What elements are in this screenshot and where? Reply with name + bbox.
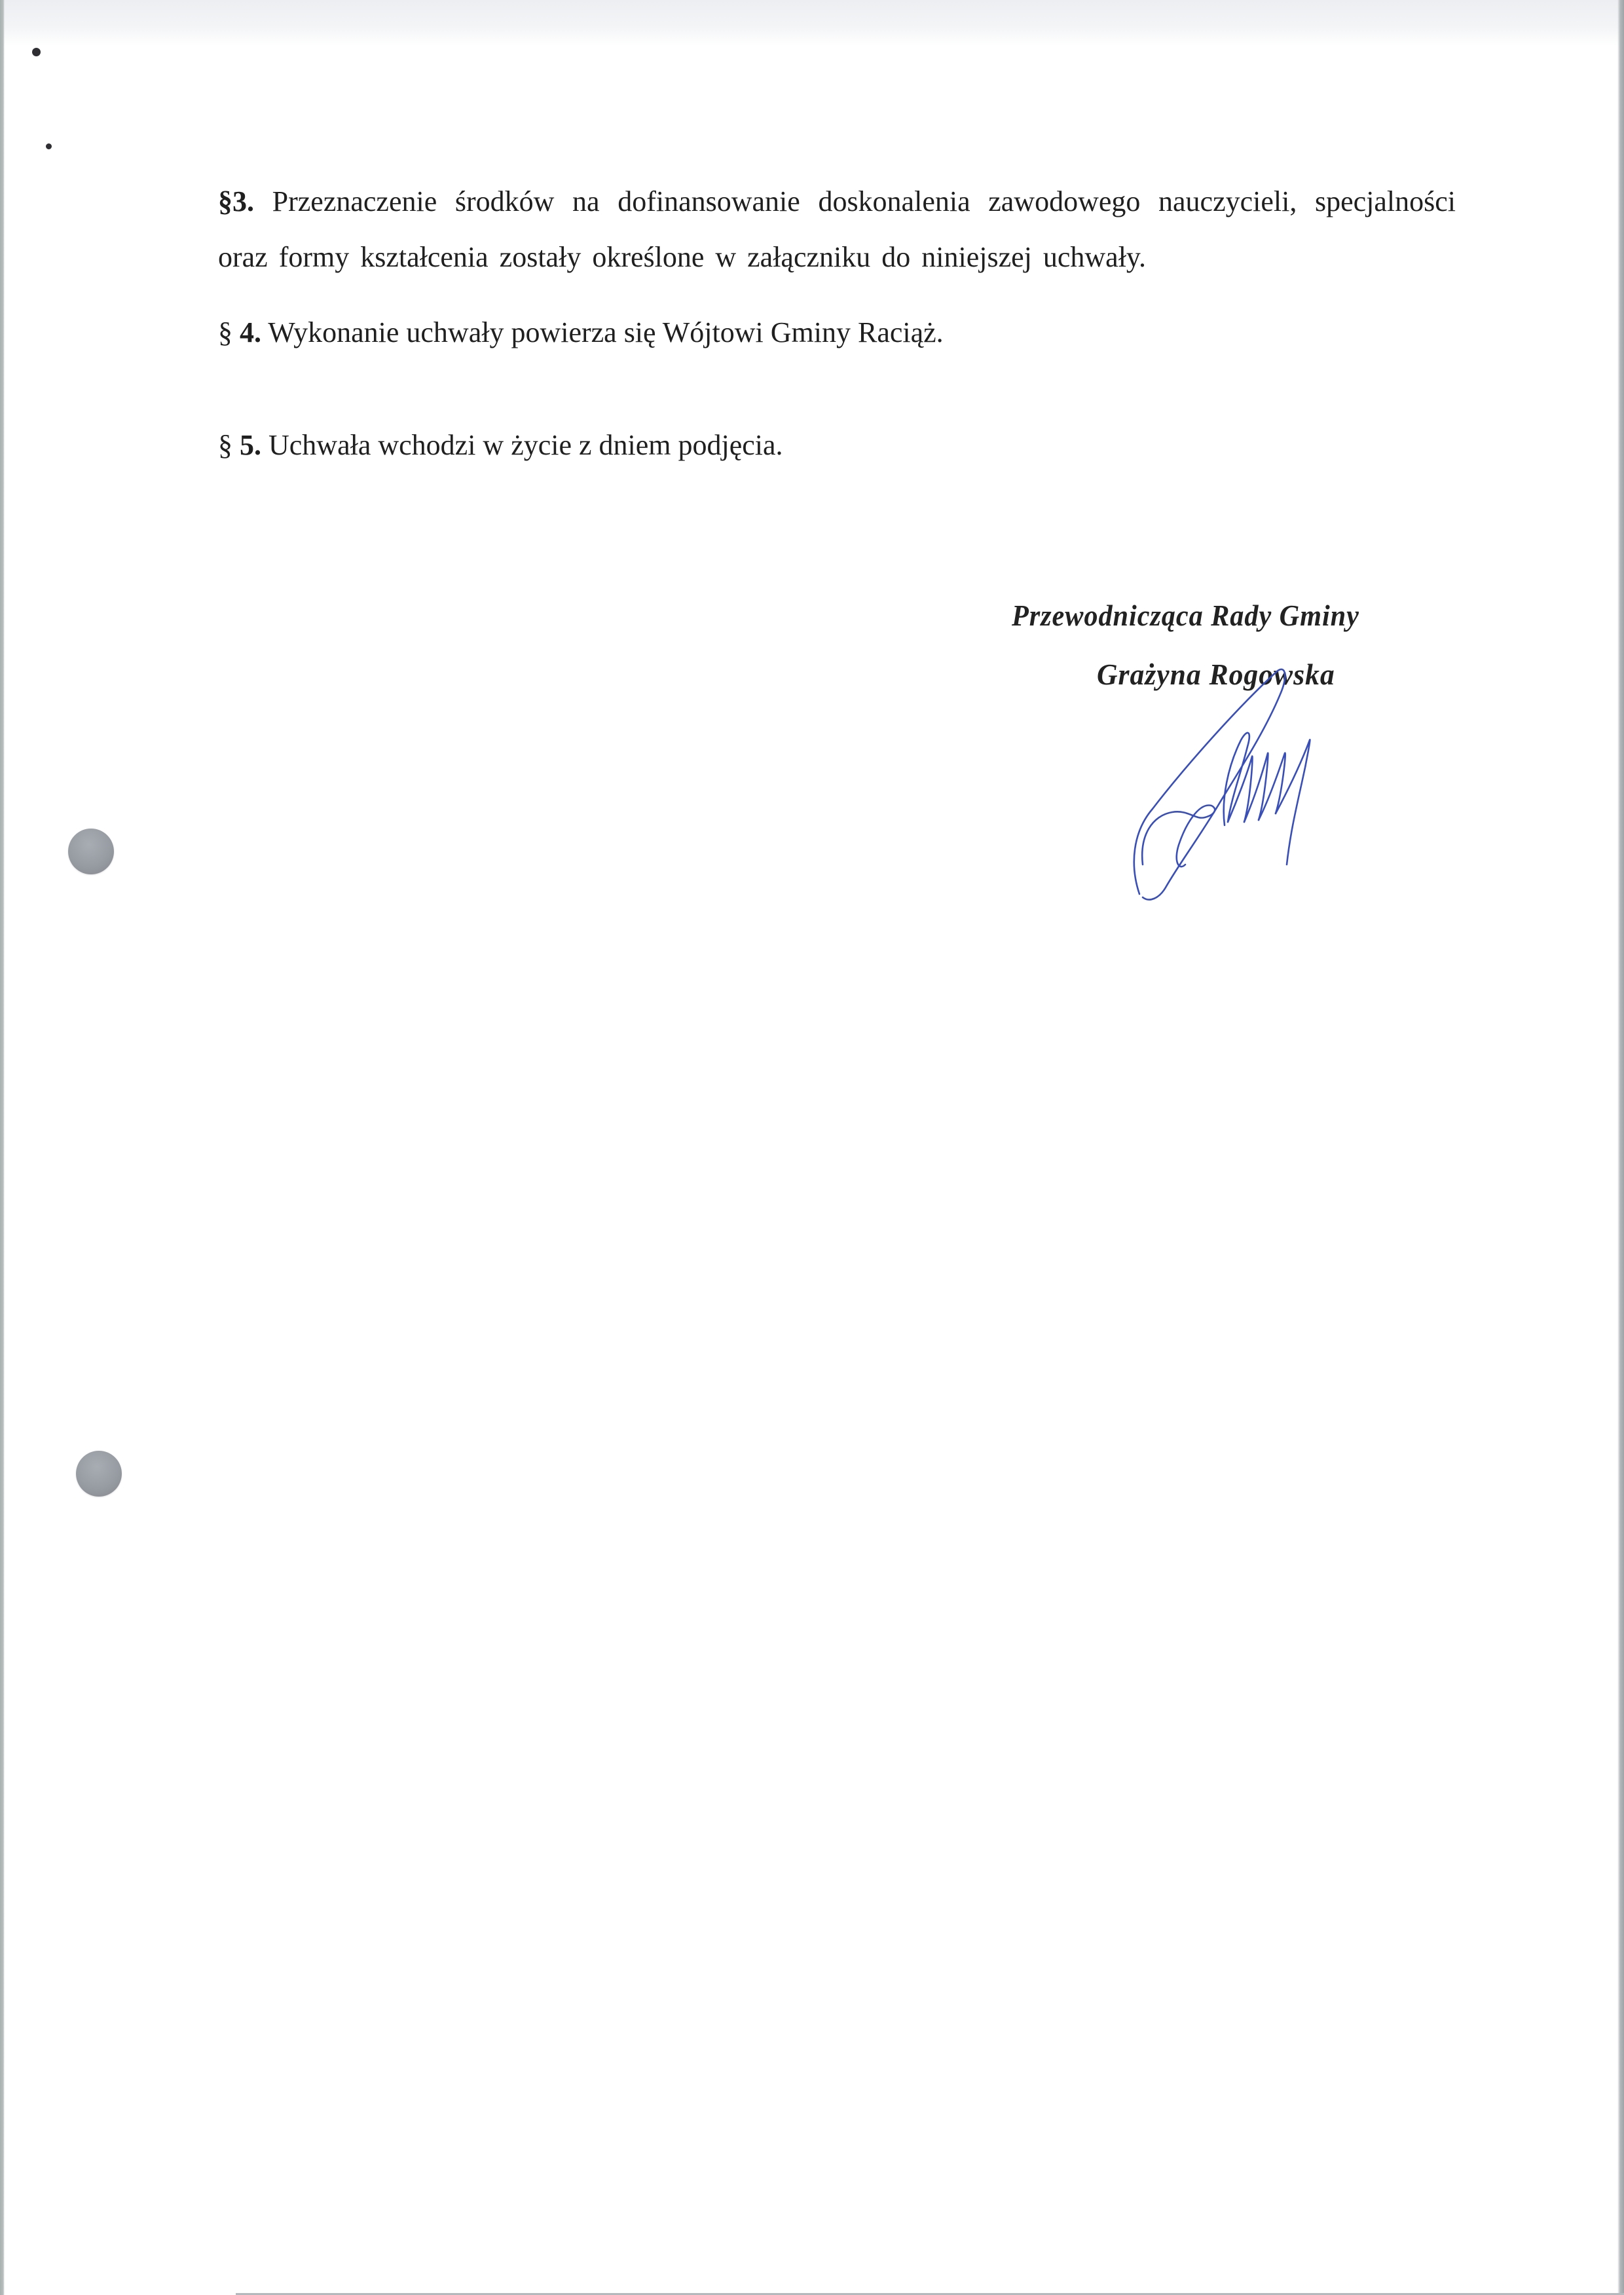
section-number: 4. (240, 316, 261, 348)
paragraph-section-3: §3. Przeznaczenie środków na dofinansowa… (218, 174, 1456, 285)
paragraph-section-5: § 5. Uchwała wchodzi w życie z dniem pod… (218, 417, 1456, 473)
section-mark: § (218, 185, 232, 217)
punch-hole (76, 1451, 122, 1497)
paragraph-text: Wykonanie uchwały powierza się Wójtowi G… (268, 316, 943, 348)
scan-speck (32, 48, 41, 56)
signatory-title: Przewodnicząca Rady Gminy (1012, 598, 1359, 633)
section-number: 3. (232, 185, 254, 217)
scan-right-edge (1617, 0, 1624, 2295)
scan-left-edge (0, 0, 5, 2295)
paragraph-section-4: § 4. Wykonanie uchwały powierza się Wójt… (218, 305, 1456, 360)
scan-speck (46, 143, 52, 149)
scan-top-shade (0, 0, 1624, 46)
paragraph-text: Uchwała wchodzi w życie z dniem podjęcia… (268, 429, 783, 461)
section-number: 5. (240, 429, 261, 461)
section-mark: § (218, 316, 232, 348)
punch-hole (68, 829, 114, 874)
section-mark: § (218, 429, 232, 461)
handwritten-signature (1113, 668, 1342, 917)
paragraph-text: Przeznaczenie środków na dofinansowanie … (218, 185, 1456, 273)
